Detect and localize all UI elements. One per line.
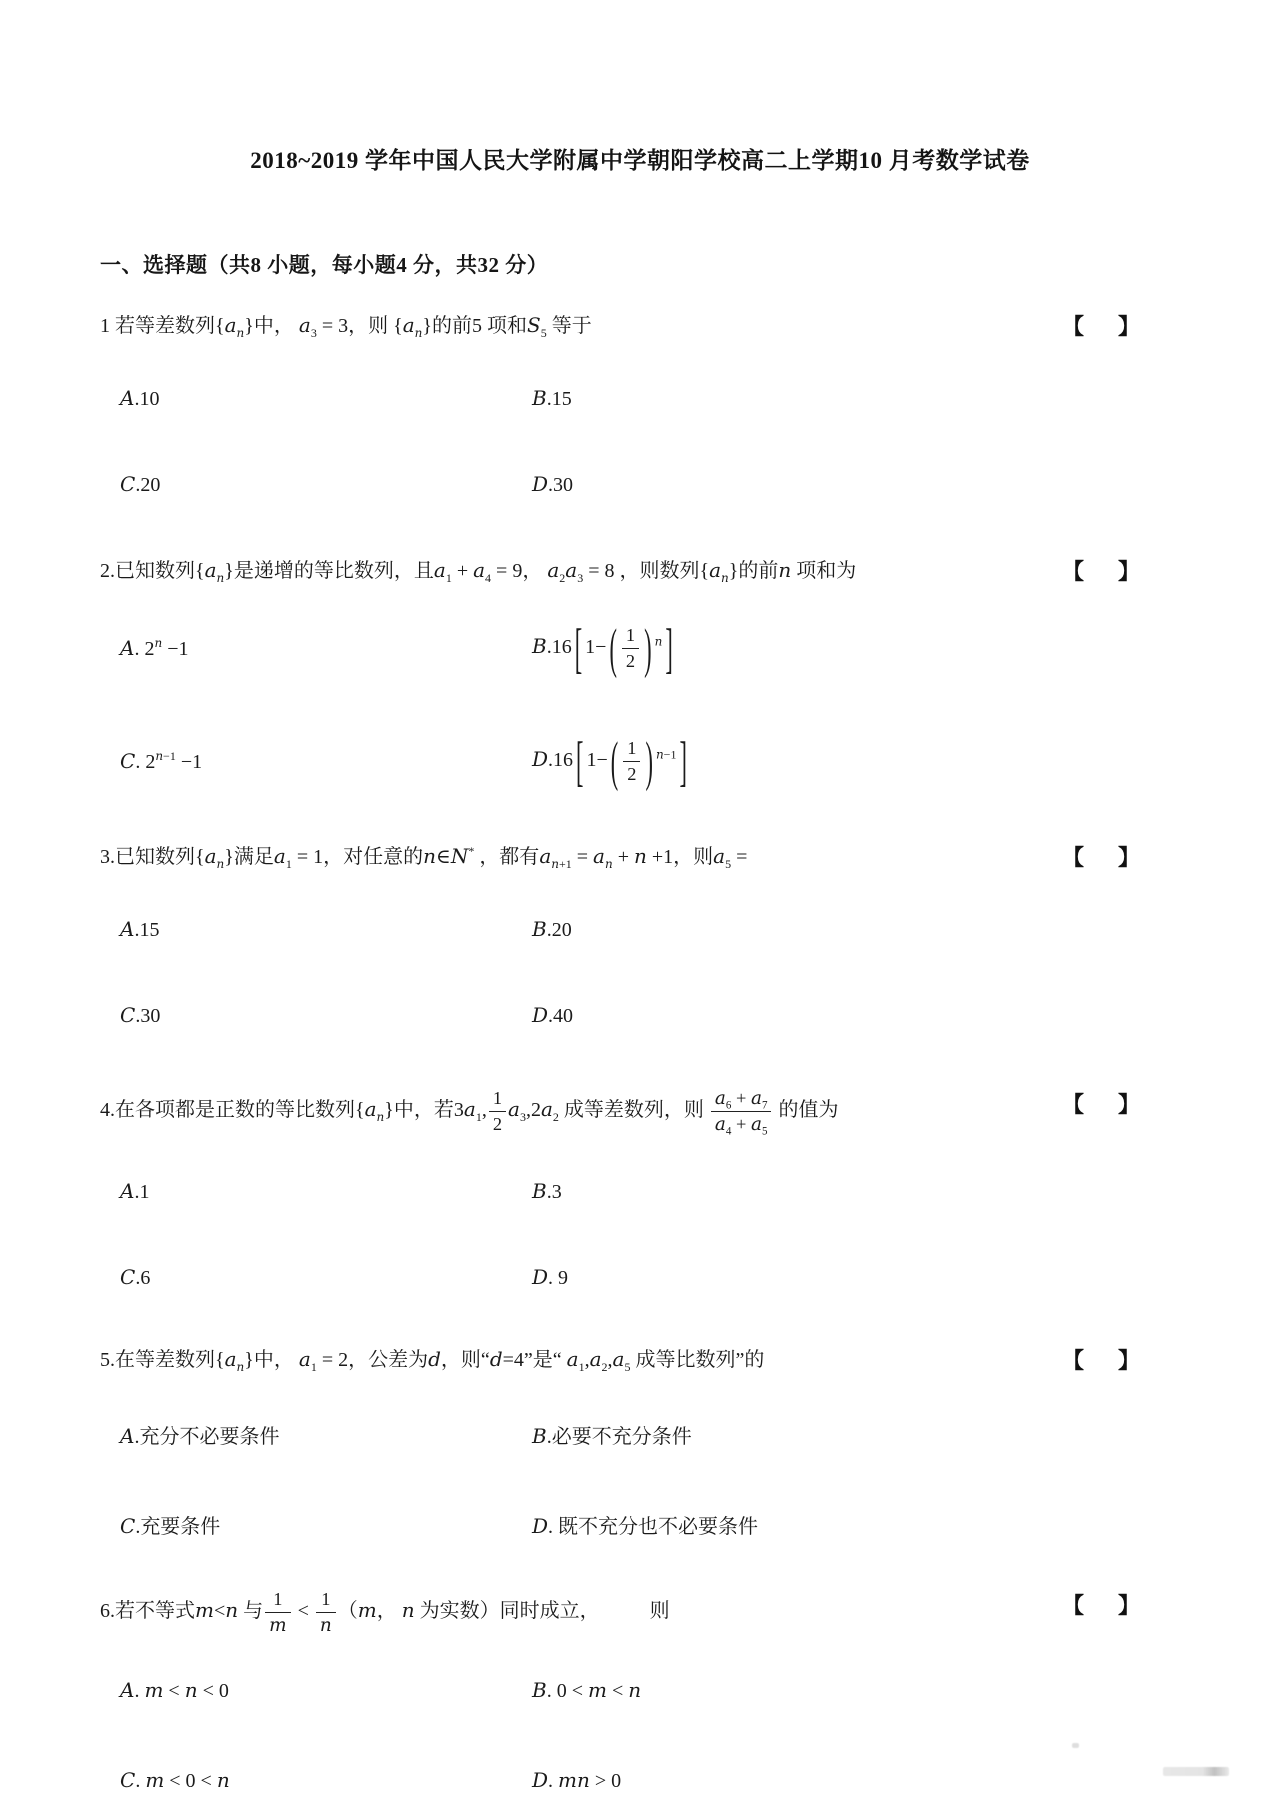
question-1-option-c: C.20: [120, 469, 532, 500]
question-2: 2.已知数列{an}是递增的等比数列，且a1 + a4 = 9， a2a3 = …: [100, 554, 1140, 806]
answer-bracket-open: 【: [1062, 1088, 1084, 1119]
answer-bracket-open: 【: [1062, 1344, 1084, 1375]
question-6-option-b: B. 0 < m < n: [532, 1675, 1140, 1706]
question-2-options: A. 2n −1 B.16[1−(12)n] C. 2n−1 −1 D.16[1…: [120, 604, 1140, 806]
question-2-stem: 2.已知数列{an}是递增的等比数列，且a1 + a4 = 9， a2a3 = …: [100, 554, 1062, 588]
answer-bracket-open: 【: [1062, 555, 1084, 586]
question-2-option-d: D.16[1−(12)n−1]: [532, 737, 1140, 786]
answer-bracket-close: 】: [1118, 1344, 1140, 1375]
question-4-options: A.1 B.3 C.6 D. 9: [120, 1156, 1140, 1313]
question-5-stem-row: 5.在等差数列{an}中， a1 = 2，公差为d，则“d=4”是“ a1,a2…: [100, 1343, 1140, 1377]
question-4-option-a: A.1: [120, 1176, 532, 1207]
exam-paper-page: 2018~2019 学年中国人民大学附属中学朝阳学校高二上学期10 月考数学试卷…: [0, 0, 1280, 1811]
question-3-option-c: C.30: [120, 1000, 532, 1031]
question-2-option-b: B.16[1−(12)n]: [532, 624, 1140, 673]
question-1: 1 若等差数列{an}中， a3 = 3，则 {an}的前5 项和S5 等于 【…: [100, 309, 1140, 520]
scan-artifact-dot: [1072, 1743, 1079, 1748]
question-2-answer-brackets: 【 】: [1062, 554, 1140, 586]
question-4-option-d: D. 9: [532, 1262, 1140, 1293]
question-2-option-c: C. 2n−1 −1: [120, 746, 532, 777]
question-1-answer-brackets: 【 】: [1062, 309, 1140, 341]
question-4-stem: 4.在各项都是正数的等比数列{an}中，若3a1,12a3,2a2 成等差数列，…: [100, 1087, 1062, 1136]
answer-bracket-open: 【: [1062, 1589, 1084, 1620]
question-6-answer-brackets: 【 】: [1062, 1588, 1140, 1620]
answer-bracket-open: 【: [1062, 310, 1084, 341]
question-6-option-d: D. mn > 0: [532, 1765, 1140, 1796]
question-3-option-d: D.40: [532, 1000, 1140, 1031]
question-5-options: A.充分不必要条件 B.必要不充分条件 C.充要条件 D. 既不充分也不必要条件: [120, 1401, 1140, 1562]
question-4-stem-row: 4.在各项都是正数的等比数列{an}中，若3a1,12a3,2a2 成等差数列，…: [100, 1087, 1140, 1136]
answer-bracket-close: 】: [1118, 1589, 1140, 1620]
question-6-options: A. m < n < 0 B. 0 < m < n C. m < 0 < n D…: [120, 1655, 1140, 1811]
question-5: 5.在等差数列{an}中， a1 = 2，公差为d，则“d=4”是“ a1,a2…: [100, 1343, 1140, 1562]
question-5-stem: 5.在等差数列{an}中， a1 = 2，公差为d，则“d=4”是“ a1,a2…: [100, 1343, 1062, 1377]
question-3-stem-row: 3.已知数列{an}满足a1 = 1，对任意的n∈N* ，都有an+1 = an…: [100, 840, 1140, 874]
answer-bracket-close: 】: [1118, 841, 1140, 872]
question-5-option-c: C.充要条件: [120, 1511, 532, 1542]
question-1-stem-row: 1 若等差数列{an}中， a3 = 3，则 {an}的前5 项和S5 等于 【…: [100, 309, 1140, 343]
question-5-answer-brackets: 【 】: [1062, 1343, 1140, 1375]
question-3-options: A.15 B.20 C.30 D.40: [120, 894, 1140, 1051]
question-6-option-c: C. m < 0 < n: [120, 1765, 532, 1796]
question-5-option-a: A.充分不必要条件: [120, 1421, 532, 1452]
question-1-option-b: B.15: [532, 383, 1140, 414]
question-4-option-b: B.3: [532, 1176, 1140, 1207]
question-5-option-b: B.必要不充分条件: [532, 1421, 1140, 1452]
scan-artifact-smudge: [1163, 1767, 1229, 1776]
question-4-answer-brackets: 【 】: [1062, 1087, 1140, 1119]
question-3-answer-brackets: 【 】: [1062, 840, 1140, 872]
question-1-option-a: A.10: [120, 383, 532, 414]
question-6-stem-row: 6.若不等式m<n 与1m < 1n（m， n 为实数）同时成立， 则 【 】: [100, 1588, 1140, 1637]
answer-bracket-open: 【: [1062, 841, 1084, 872]
section-header: 一、选择题（共8 小题，每小题4 分，共32 分）: [100, 249, 1140, 279]
question-1-options: A.10 B.15 C.20 D.30: [120, 363, 1140, 520]
question-3-stem: 3.已知数列{an}满足a1 = 1，对任意的n∈N* ，都有an+1 = an…: [100, 840, 1062, 874]
question-2-stem-row: 2.已知数列{an}是递增的等比数列，且a1 + a4 = 9， a2a3 = …: [100, 554, 1140, 588]
answer-bracket-close: 】: [1118, 555, 1140, 586]
page-title: 2018~2019 学年中国人民大学附属中学朝阳学校高二上学期10 月考数学试卷: [0, 0, 1280, 175]
question-2-option-a: A. 2n −1: [120, 633, 532, 664]
question-6-stem: 6.若不等式m<n 与1m < 1n（m， n 为实数）同时成立， 则: [100, 1588, 1062, 1637]
question-4: 4.在各项都是正数的等比数列{an}中，若3a1,12a3,2a2 成等差数列，…: [100, 1087, 1140, 1313]
exam-content: 一、选择题（共8 小题，每小题4 分，共32 分） 1 若等差数列{an}中， …: [100, 249, 1140, 1811]
question-1-option-d: D.30: [532, 469, 1140, 500]
question-6-option-a: A. m < n < 0: [120, 1675, 532, 1706]
question-3-option-a: A.15: [120, 914, 532, 945]
question-4-option-c: C.6: [120, 1262, 532, 1293]
answer-bracket-close: 】: [1118, 1088, 1140, 1119]
answer-bracket-close: 】: [1118, 310, 1140, 341]
question-3-option-b: B.20: [532, 914, 1140, 945]
question-5-option-d: D. 既不充分也不必要条件: [532, 1511, 1140, 1542]
question-6: 6.若不等式m<n 与1m < 1n（m， n 为实数）同时成立， 则 【 】 …: [100, 1588, 1140, 1811]
question-1-stem: 1 若等差数列{an}中， a3 = 3，则 {an}的前5 项和S5 等于: [100, 309, 1062, 343]
question-3: 3.已知数列{an}满足a1 = 1，对任意的n∈N* ，都有an+1 = an…: [100, 840, 1140, 1051]
